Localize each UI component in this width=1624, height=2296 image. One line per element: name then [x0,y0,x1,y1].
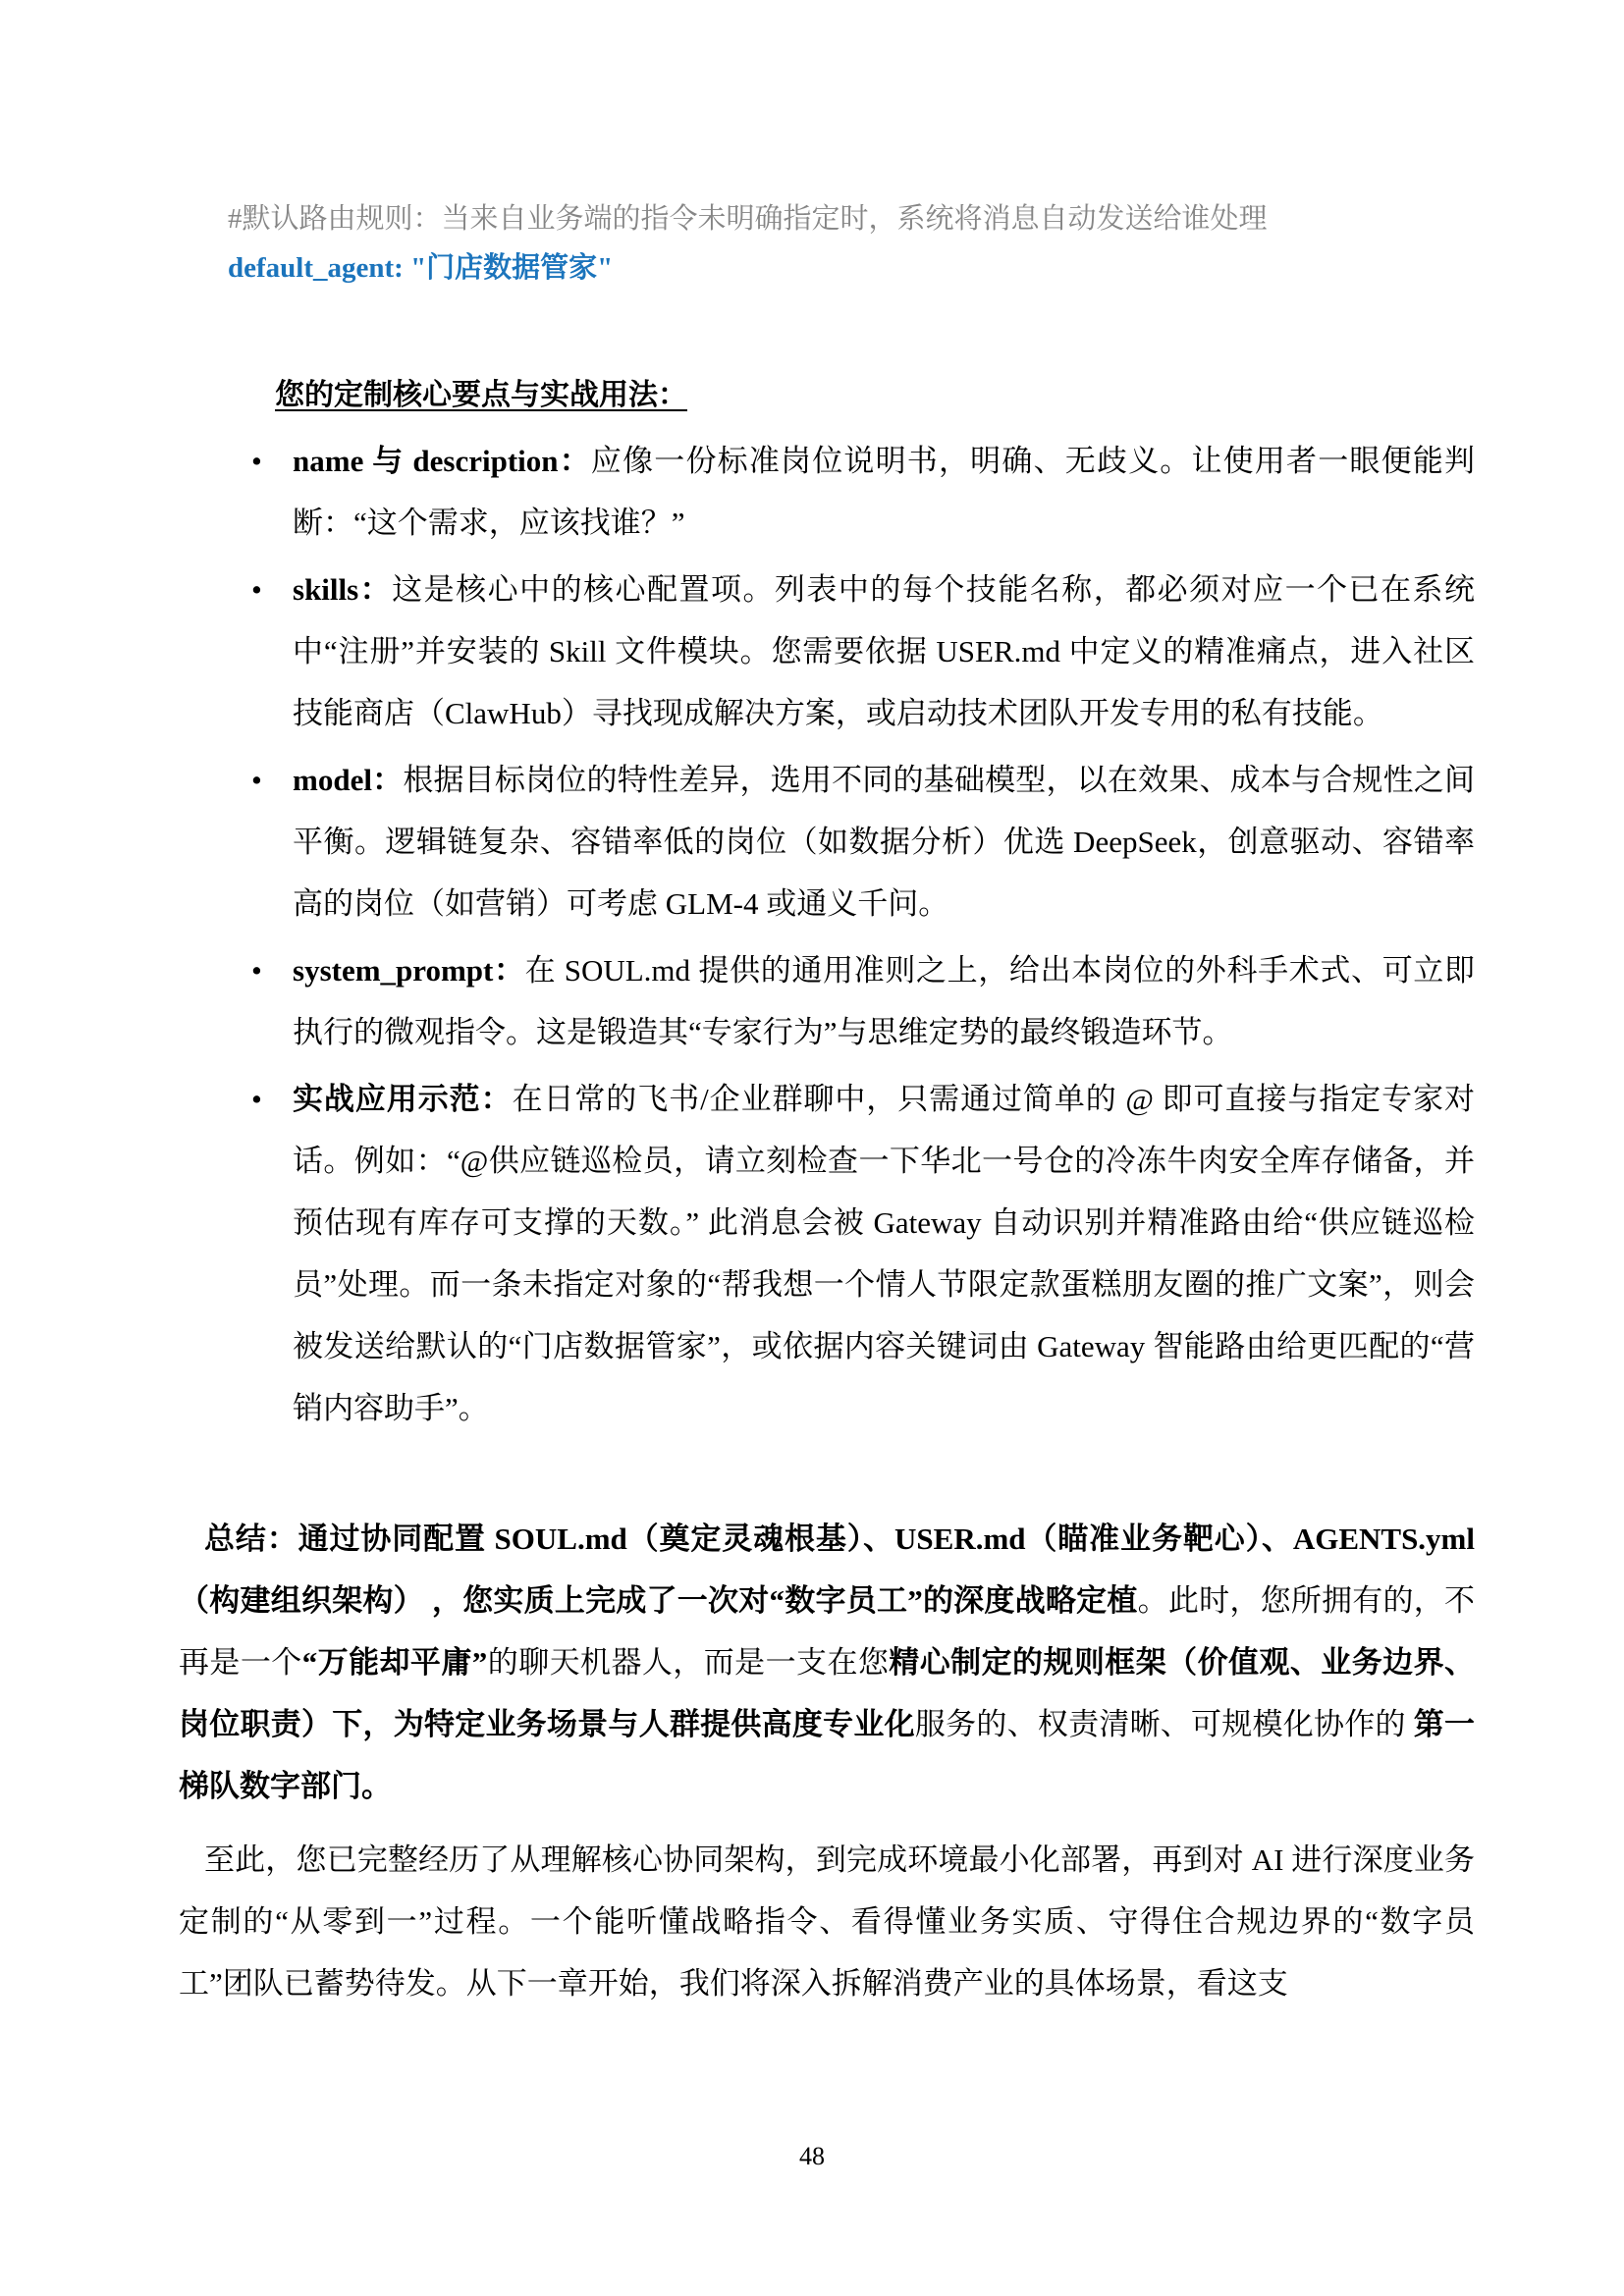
bullet-icon: • [251,1068,262,1130]
bullet-icon: • [251,430,262,492]
list-item-name-description: •name 与 description：应像一份标准岗位说明书，明确、无歧义。让… [179,430,1475,554]
summary-segment-bold: “万能却平庸” [302,1645,488,1680]
summary-segment: 的聊天机器人，而是一支在您 [487,1645,889,1680]
list-item-demo: •实战应用示范：在日常的飞书/企业群聊中，只需通过简单的 @ 即可直接与指定专家… [179,1068,1475,1439]
bullet-text: 在日常的飞书/企业群聊中，只需通过简单的 @ 即可直接与指定专家对话。例如：“@… [293,1082,1475,1425]
summary-segment: 服务的、权责清晰、可规模化协作的 [915,1707,1414,1741]
summary-paragraph: 总结：通过协同配置 SOUL.md（奠定灵魂根基）、USER.md（瞄准业务靶心… [179,1508,1475,1817]
yaml-default-agent-line: default_agent: "门店数据管家" [228,243,1475,293]
bullet-label: model： [293,763,403,797]
list-item-skills: •skills：这是核心中的核心配置项。列表中的每个技能名称，都必须对应一个已在… [179,559,1475,744]
bullet-text: 根据目标岗位的特性差异，选用不同的基础模型，以在效果、成本与合规性之间平衡。逻辑… [293,763,1475,921]
closing-paragraph: 至此，您已完整经历了从理解核心协同架构，到完成环境最小化部署，再到对 AI 进行… [179,1829,1475,2014]
bullet-label: name 与 description： [293,444,591,478]
bullet-label: skills： [293,572,392,607]
list-item-model: •model：根据目标岗位的特性差异，选用不同的基础模型，以在效果、成本与合规性… [179,749,1475,934]
section-heading: 您的定制核心要点与实战用法： [179,375,1475,416]
yaml-comment-line: #默认路由规则：当来自业务端的指令未明确指定时，系统将消息自动发送给谁处理 [228,194,1475,243]
list-item-system-prompt: •system_prompt：在 SOUL.md 提供的通用准则之上，给出本岗位… [179,939,1475,1063]
bullet-label: system_prompt： [293,953,525,988]
page-content: #默认路由规则：当来自业务端的指令未明确指定时，系统将消息自动发送给谁处理 de… [0,194,1624,2014]
bullet-icon: • [251,559,262,620]
section-heading-text: 您的定制核心要点与实战用法： [275,379,687,411]
page-number: 48 [0,2142,1624,2171]
yaml-code-block: #默认路由规则：当来自业务端的指令未明确指定时，系统将消息自动发送给谁处理 de… [179,194,1475,293]
bullet-list: •name 与 description：应像一份标准岗位说明书，明确、无歧义。让… [179,430,1475,1439]
bullet-icon: • [251,749,262,811]
bullet-text: 这是核心中的核心配置项。列表中的每个技能名称，都必须对应一个已在系统中“注册”并… [293,572,1475,730]
bullet-label: 实战应用示范： [293,1082,513,1116]
document-page: #默认路由规则：当来自业务端的指令未明确指定时，系统将消息自动发送给谁处理 de… [0,0,1624,2296]
bullet-icon: • [251,939,262,1001]
